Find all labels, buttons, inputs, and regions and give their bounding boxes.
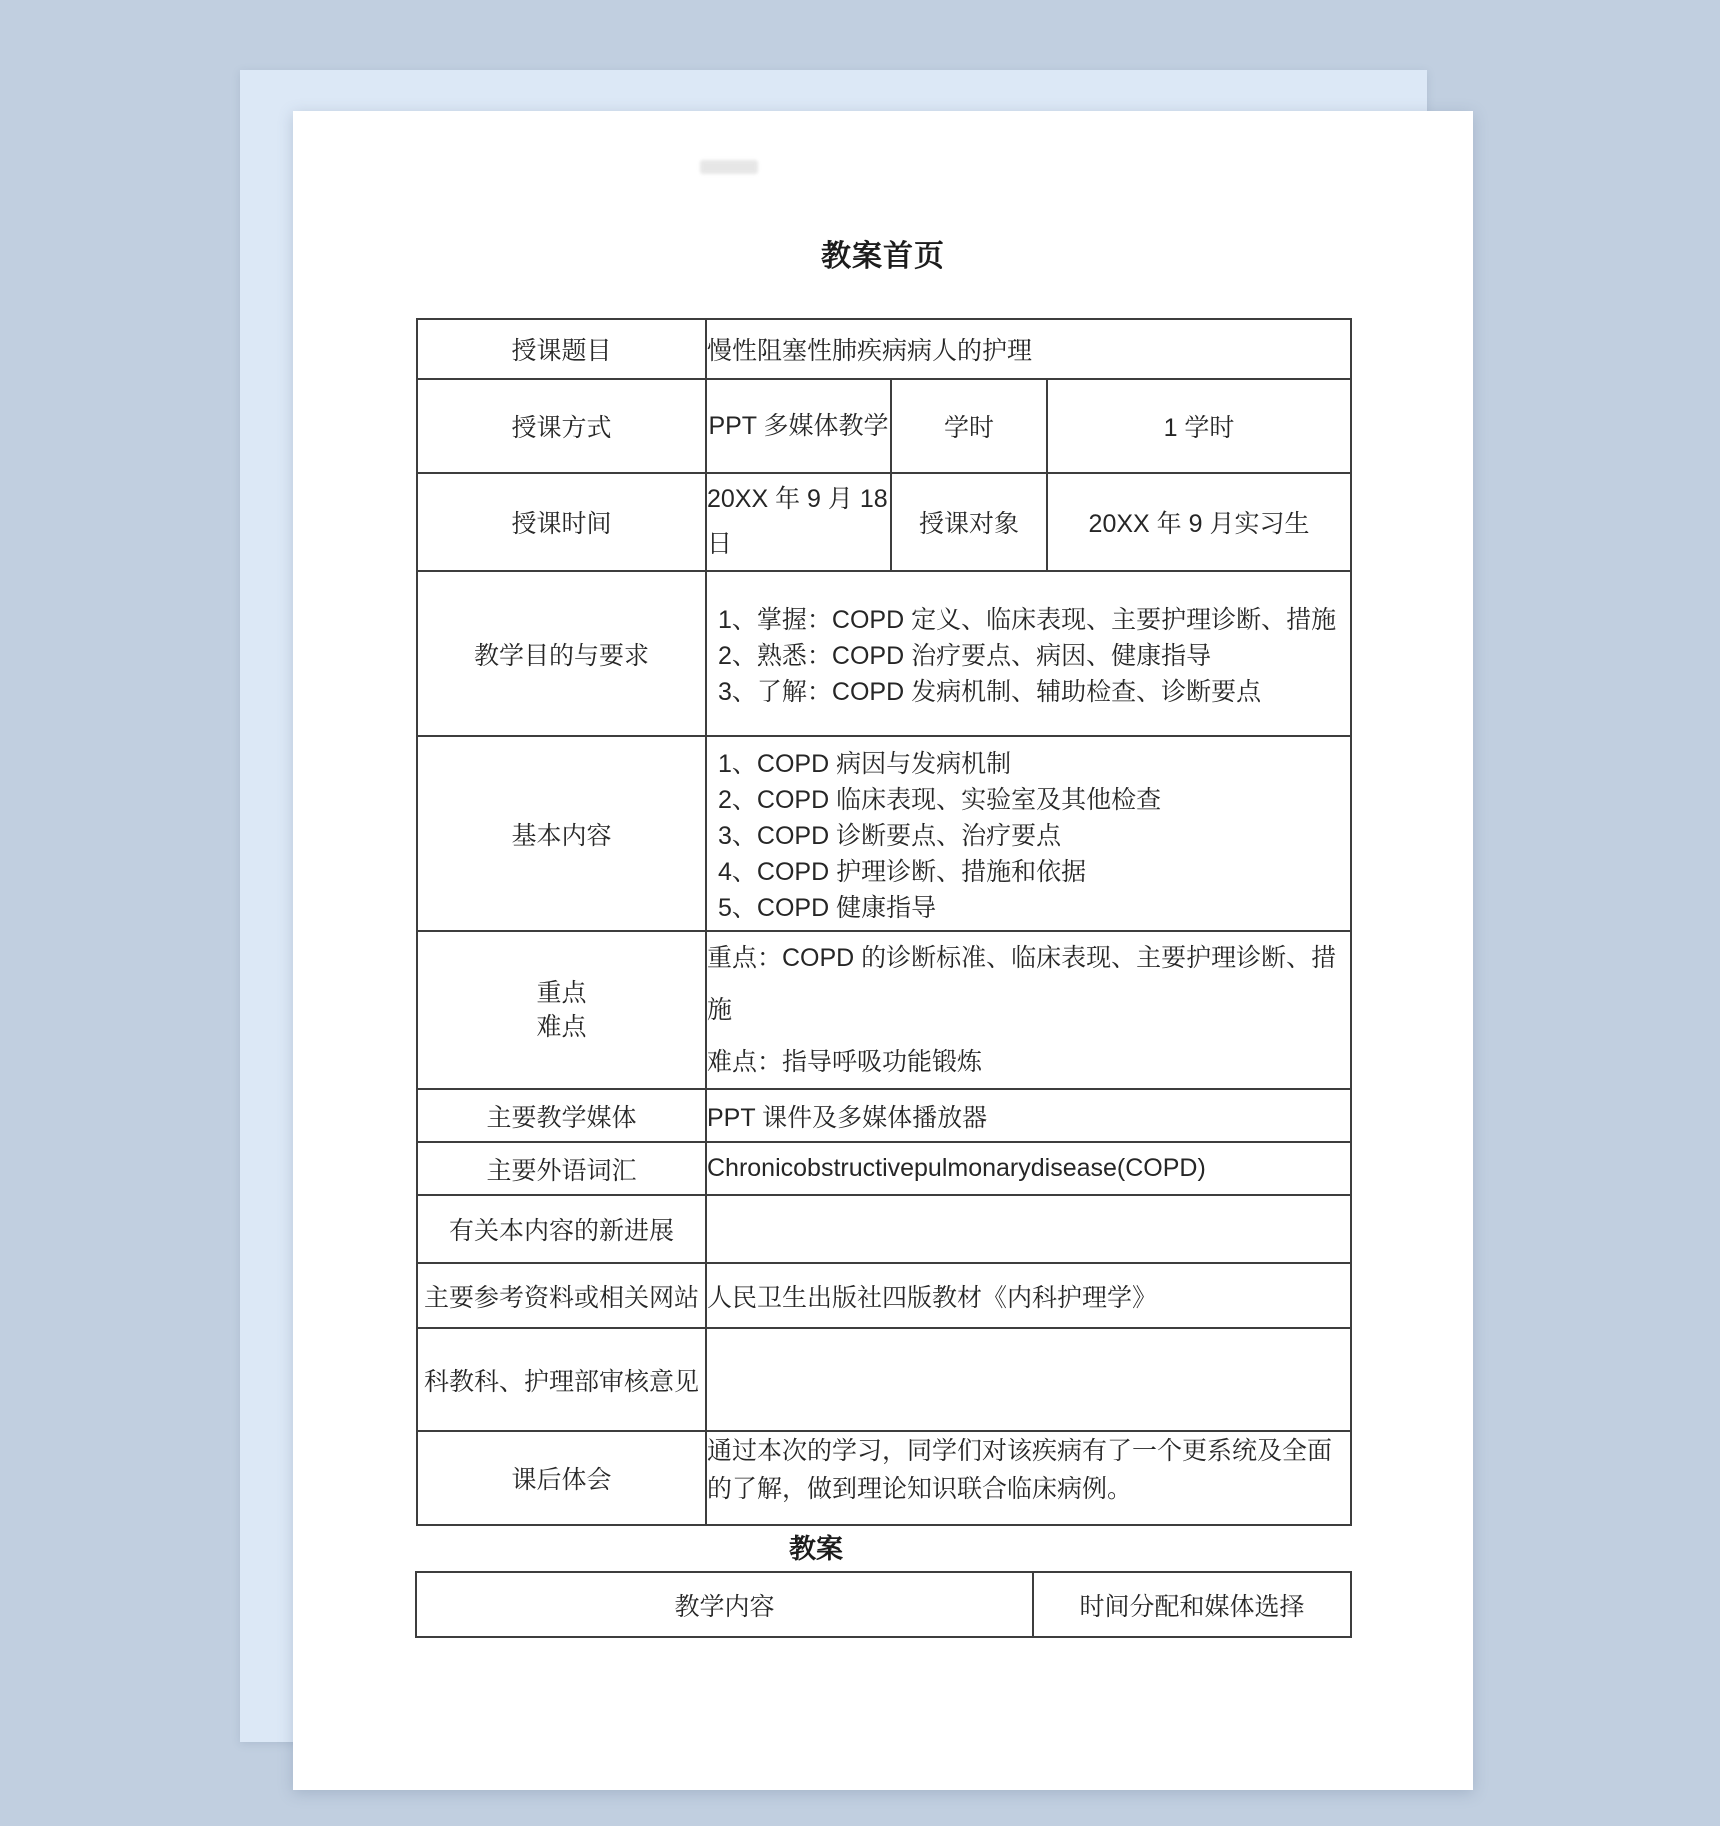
watermark-smudge [700,160,758,174]
row-review-opinion: 科教科、护理部审核意见 [417,1328,1351,1431]
class-hours-label: 学时 [891,379,1047,473]
audience-value: 20XX 年 9 月实习生 [1047,473,1351,571]
basic-content-value: 1、COPD 病因与发病机制 2、COPD 临床表现、实验室及其他检查 3、CO… [706,736,1351,931]
content-item: 3、COPD 诊断要点、治疗要点 [718,816,1342,852]
key-point-line: 重点：COPD 的诊断标准、临床表现、主要护理诊断、措施 [707,932,1350,1036]
teaching-method-label: 授课方式 [417,379,706,473]
lesson-plan-table: 授课题目 慢性阻塞性肺疾病病人的护理 授课方式 PPT 多媒体教学 学时 1 学… [416,318,1352,1526]
teaching-plan-table: 教学内容 时间分配和媒体选择 [415,1571,1352,1638]
objective-item: 3、了解：COPD 发病机制、辅助检查、诊断要点 [718,672,1342,708]
new-progress-label: 有关本内容的新进展 [417,1195,706,1263]
course-title-label: 授课题目 [417,319,706,379]
row-references: 主要参考资料或相关网站 人民卫生出版社四版教材《内科护理学》 [417,1263,1351,1328]
key-points-label-line2: 难点 [418,1010,705,1044]
row-teaching-media: 主要教学媒体 PPT 课件及多媒体播放器 [417,1089,1351,1142]
teaching-method-value: PPT 多媒体教学 [706,379,891,473]
review-opinion-label: 科教科、护理部审核意见 [417,1328,706,1431]
content-item: 1、COPD 病因与发病机制 [718,744,1342,780]
references-label: 主要参考资料或相关网站 [417,1263,706,1328]
row-foreign-vocab: 主要外语词汇 Chronicobstructivepulmonarydiseas… [417,1142,1351,1195]
key-points-label-line1: 重点 [418,976,705,1010]
review-opinion-value [706,1328,1351,1431]
audience-label: 授课对象 [891,473,1047,571]
row-teaching-method: 授课方式 PPT 多媒体教学 学时 1 学时 [417,379,1351,473]
reflection-value: 通过本次的学习，同学们对该疾病有了一个更系统及全面的了解，做到理论知识联合临床病… [706,1431,1351,1525]
content-item: 5、COPD 健康指导 [718,888,1342,924]
document-page: 教案首页 授课题目 慢性阻塞性肺疾病病人的护理 授课方式 PPT 多媒体教学 学… [293,111,1473,1790]
class-hours-value: 1 学时 [1047,379,1351,473]
content-item: 2、COPD 临床表现、实验室及其他检查 [718,780,1342,816]
row-course-title: 授课题目 慢性阻塞性肺疾病病人的护理 [417,319,1351,379]
objectives-label: 教学目的与要求 [417,571,706,736]
reflection-label: 课后体会 [417,1431,706,1525]
time-media-header: 时间分配和媒体选择 [1033,1572,1351,1637]
references-value: 人民卫生出版社四版教材《内科护理学》 [706,1263,1351,1328]
teaching-media-value: PPT 课件及多媒体播放器 [706,1089,1351,1142]
course-title-value: 慢性阻塞性肺疾病病人的护理 [706,319,1351,379]
foreign-vocab-label: 主要外语词汇 [417,1142,706,1195]
teaching-content-header: 教学内容 [416,1572,1033,1637]
objectives-value: 1、掌握：COPD 定义、临床表现、主要护理诊断、措施 2、熟悉：COPD 治疗… [706,571,1351,736]
basic-content-label: 基本内容 [417,736,706,931]
row-reflection: 课后体会 通过本次的学习，同学们对该疾病有了一个更系统及全面的了解，做到理论知识… [417,1431,1351,1525]
teaching-time-label: 授课时间 [417,473,706,571]
foreign-vocab-value: Chronicobstructivepulmonarydisease(COPD) [706,1142,1351,1195]
objective-item: 2、熟悉：COPD 治疗要点、病因、健康指导 [718,636,1342,672]
teaching-time-value: 20XX 年 9 月 18 日 [706,473,891,571]
key-points-value: 重点：COPD 的诊断标准、临床表现、主要护理诊断、措施 难点：指导呼吸功能锻炼 [706,931,1351,1089]
teaching-media-label: 主要教学媒体 [417,1089,706,1142]
difficulty-line: 难点：指导呼吸功能锻炼 [707,1036,1350,1088]
teaching-plan-header-row: 教学内容 时间分配和媒体选择 [416,1572,1351,1637]
objective-item: 1、掌握：COPD 定义、临床表现、主要护理诊断、措施 [718,600,1342,636]
row-key-points: 重点 难点 重点：COPD 的诊断标准、临床表现、主要护理诊断、措施 难点：指导… [417,931,1351,1089]
section-heading: 教案 [416,1527,1216,1566]
key-points-label: 重点 难点 [417,931,706,1089]
row-new-progress: 有关本内容的新进展 [417,1195,1351,1263]
row-objectives: 教学目的与要求 1、掌握：COPD 定义、临床表现、主要护理诊断、措施 2、熟悉… [417,571,1351,736]
document-title: 教案首页 [416,231,1350,275]
desktop-background: 教案首页 授课题目 慢性阻塞性肺疾病病人的护理 授课方式 PPT 多媒体教学 学… [0,0,1720,1826]
content-item: 4、COPD 护理诊断、措施和依据 [718,852,1342,888]
new-progress-value [706,1195,1351,1263]
row-teaching-time: 授课时间 20XX 年 9 月 18 日 授课对象 20XX 年 9 月实习生 [417,473,1351,571]
row-basic-content: 基本内容 1、COPD 病因与发病机制 2、COPD 临床表现、实验室及其他检查… [417,736,1351,931]
